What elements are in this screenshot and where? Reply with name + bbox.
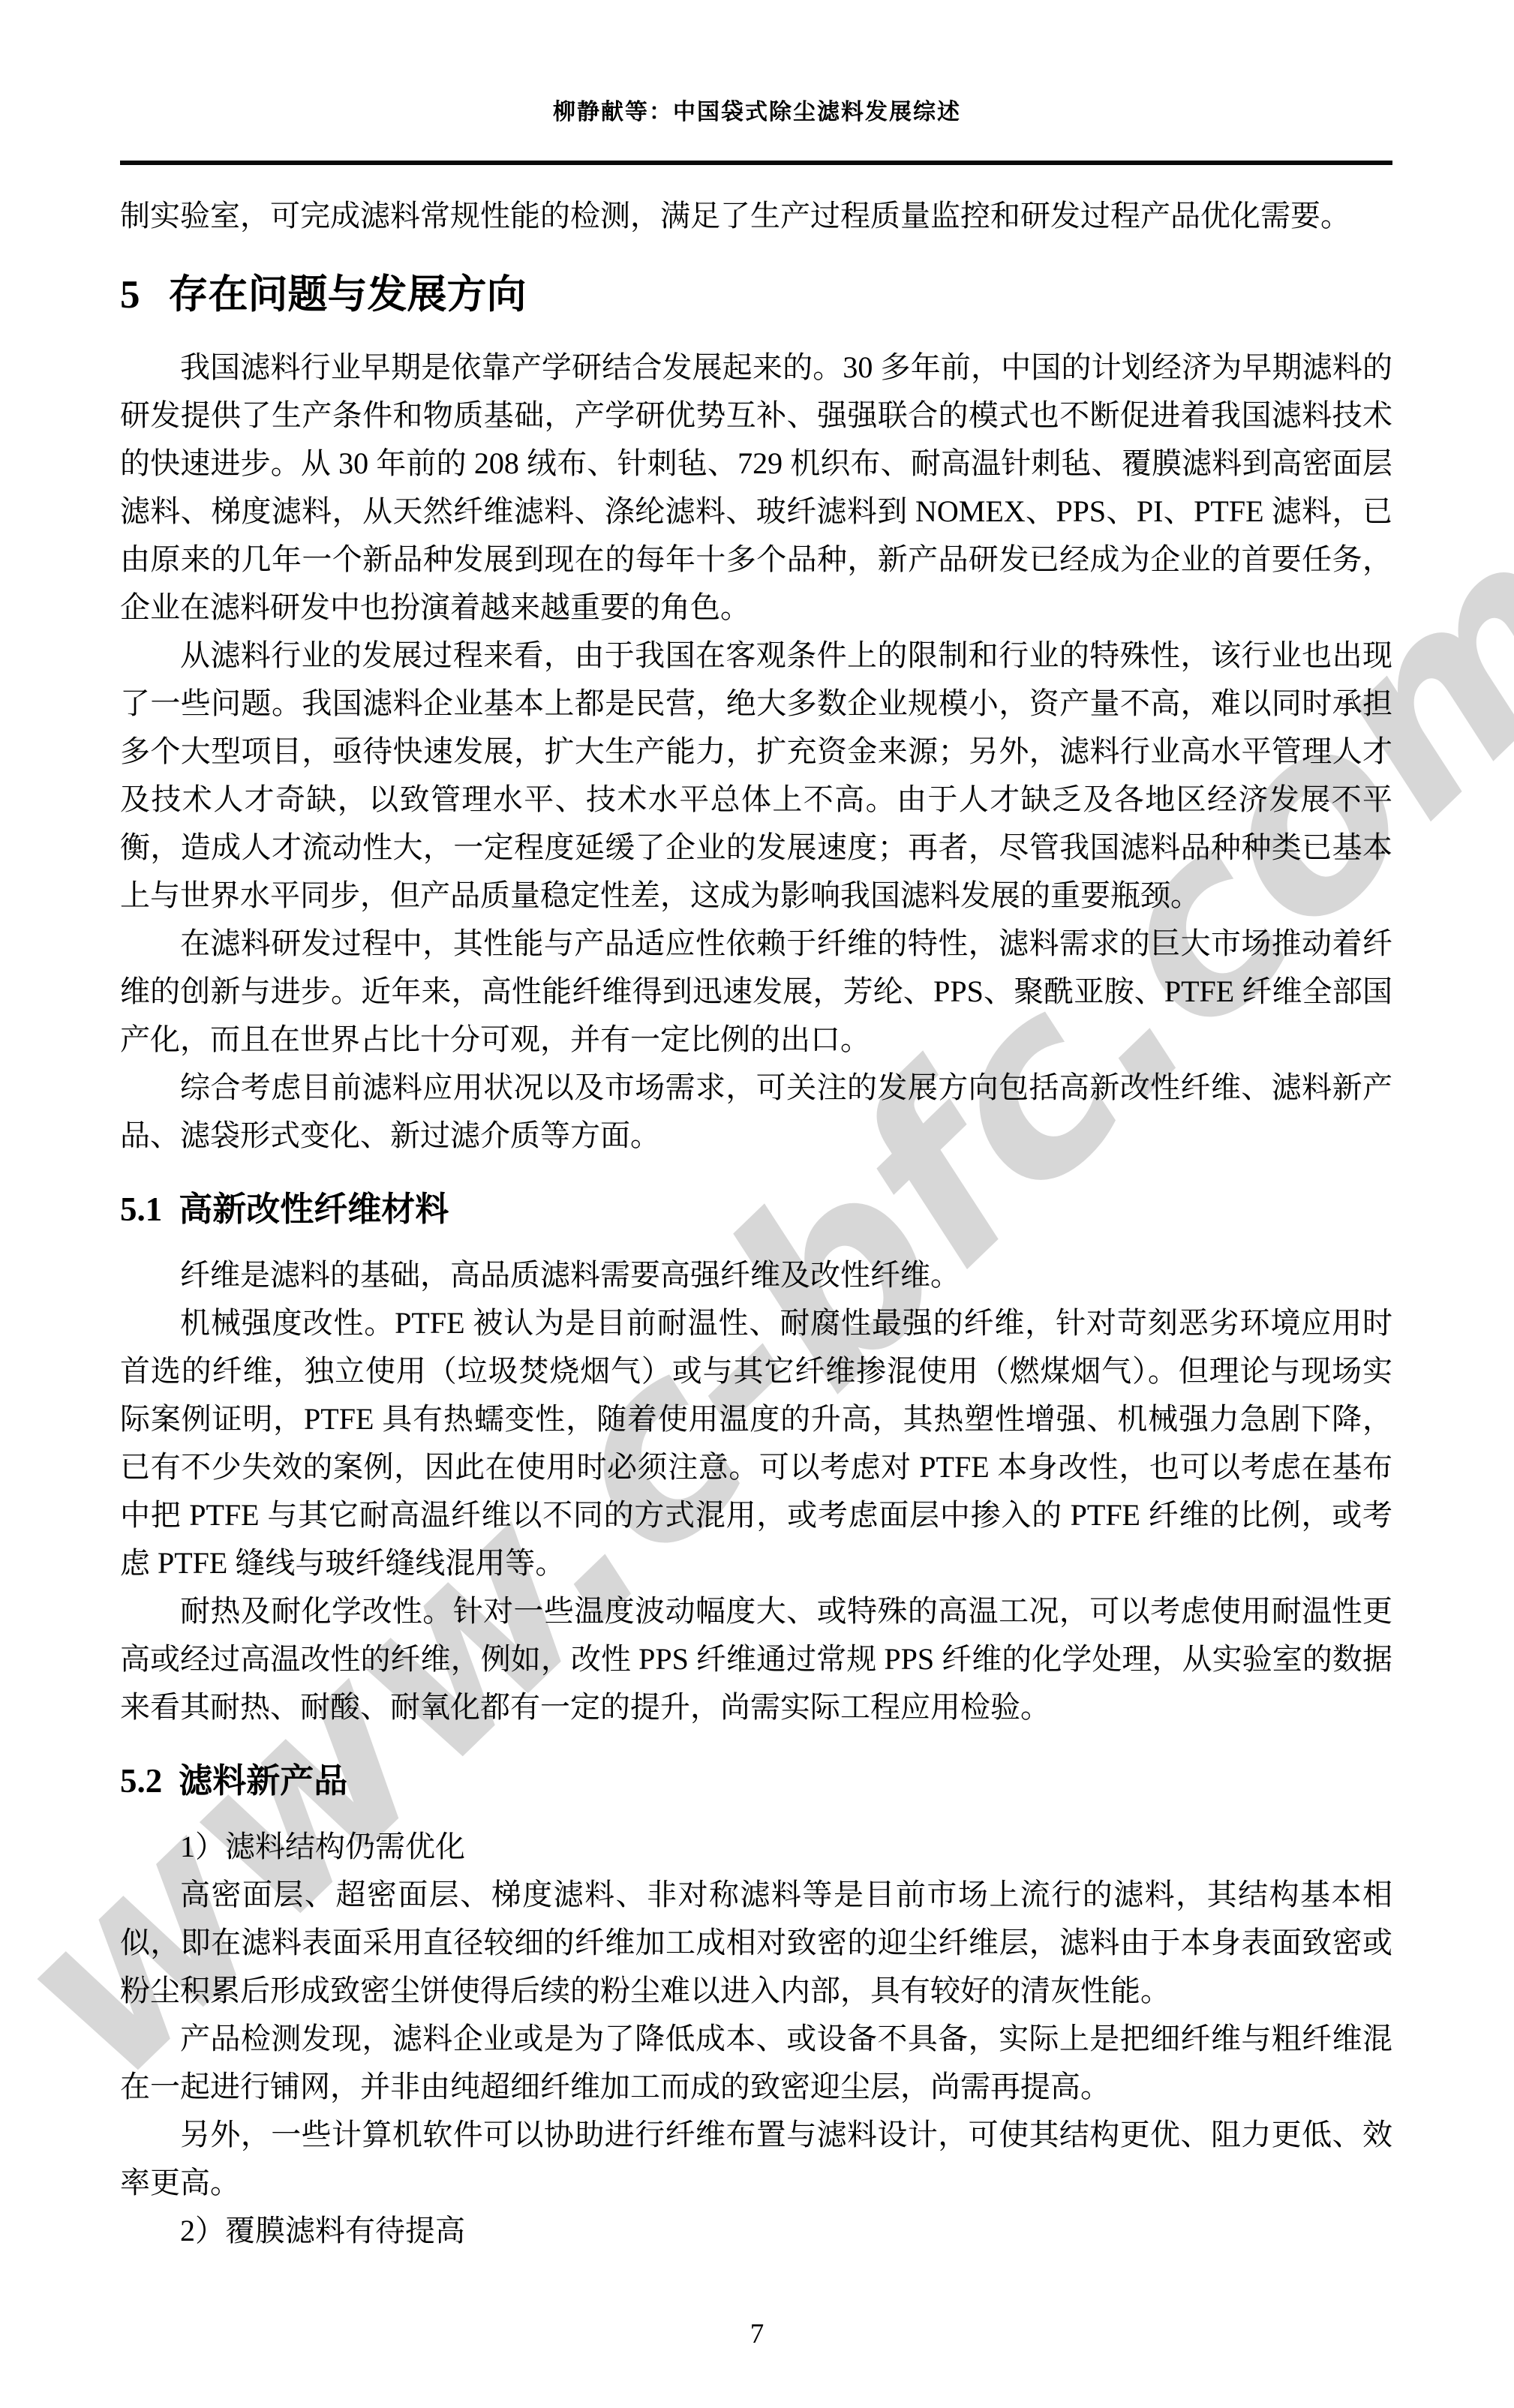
paragraph: 从滤料行业的发展过程来看，由于我国在客观条件上的限制和行业的特殊性，该行业也出现… (120, 632, 1392, 920)
section-5-heading: 5存在问题与发展方向 (120, 270, 1392, 320)
paragraph: 耐热及耐化学改性。针对一些温度波动幅度大、或特殊的高温工况，可以考虑使用耐温性更… (120, 1587, 1392, 1731)
section-5-2-number: 5.2 (120, 1762, 162, 1800)
section-5-number: 5 (120, 273, 140, 317)
paragraph: 产品检测发现，滤料企业或是为了降低成本、或设备不具备，实际上是把细纤维与粗纤维混… (120, 2015, 1392, 2111)
paragraph: 高密面层、超密面层、梯度滤料、非对称滤料等是目前市场上流行的滤料，其结构基本相似… (120, 1871, 1392, 2015)
section-5-2-heading: 5.2滤料新产品 (120, 1758, 1392, 1803)
paper-page: www.c-bfc.com 柳静献等：中国袋式除尘滤料发展综述 制实验室，可完成… (0, 0, 1514, 2408)
paragraph: 机械强度改性。PTFE 被认为是目前耐温性、耐腐性最强的纤维，针对苛刻恶劣环境应… (120, 1299, 1392, 1587)
continuation-paragraph: 制实验室，可完成滤料常规性能的检测，满足了生产过程质量监控和研发过程产品优化需要… (120, 192, 1392, 240)
running-head: 柳静献等：中国袋式除尘滤料发展综述 (0, 93, 1514, 126)
section-5-1-heading: 5.1高新改性纤维材料 (120, 1187, 1392, 1232)
section-5-1-title: 高新改性纤维材料 (179, 1190, 449, 1228)
paragraph: 纤维是滤料的基础，高品质滤料需要高强纤维及改性纤维。 (120, 1251, 1392, 1299)
section-5-1-number: 5.1 (120, 1190, 162, 1228)
paragraph: 我国滤料行业早期是依靠产学研结合发展起来的。30 多年前，中国的计划经济为早期滤… (120, 344, 1392, 632)
list-item-paragraph: 1）滤料结构仍需优化 (120, 1823, 1392, 1871)
paragraph: 综合考虑目前滤料应用状况以及市场需求，可关注的发展方向包括高新改性纤维、滤料新产… (120, 1064, 1392, 1160)
list-item-paragraph: 2）覆膜滤料有待提高 (120, 2207, 1392, 2255)
paragraph: 另外，一些计算机软件可以协助进行纤维布置与滤料设计，可使其结构更优、阻力更低、效… (120, 2111, 1392, 2207)
paragraph: 在滤料研发过程中，其性能与产品适应性依赖于纤维的特性，滤料需求的巨大市场推动着纤… (120, 920, 1392, 1064)
header-rule (120, 161, 1392, 165)
page-number: 7 (0, 2318, 1514, 2350)
section-5-2-title: 滤料新产品 (179, 1762, 347, 1800)
page-content: 制实验室，可完成滤料常规性能的检测，满足了生产过程质量监控和研发过程产品优化需要… (120, 192, 1392, 2255)
section-5-title: 存在问题与发展方向 (169, 273, 527, 317)
